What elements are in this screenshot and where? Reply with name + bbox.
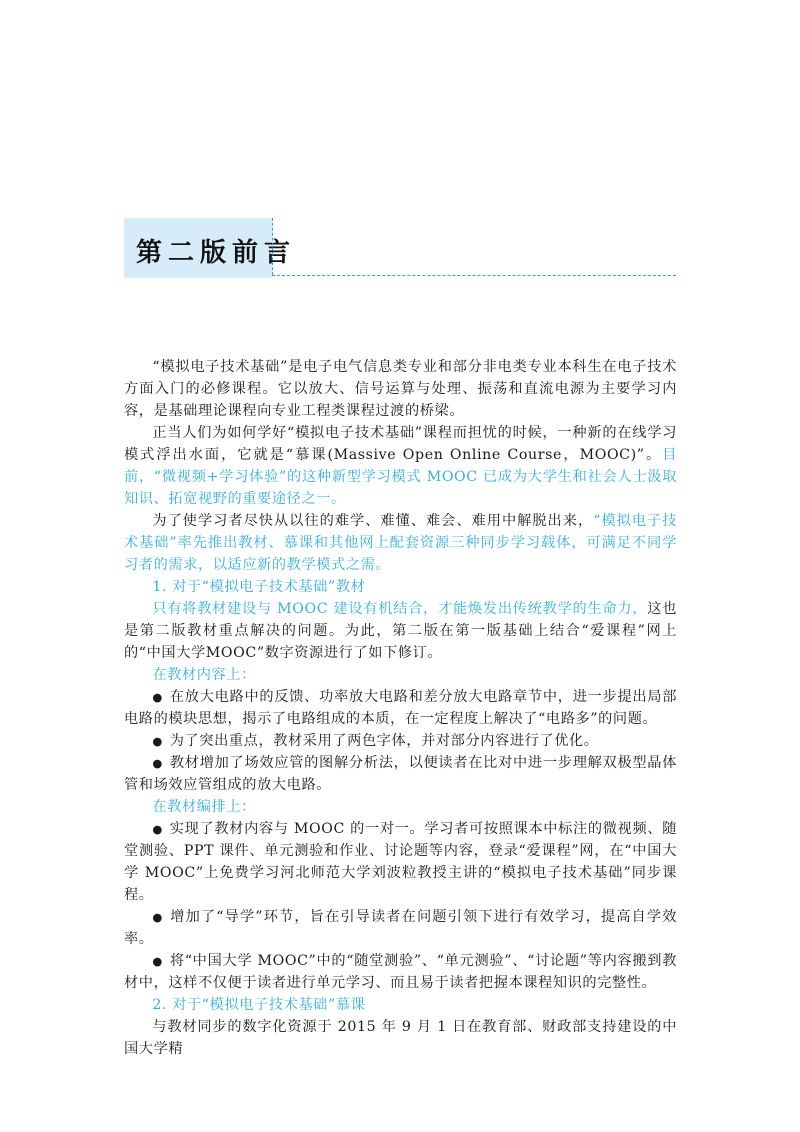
title-box: 第二版前言 [124, 218, 272, 278]
title-dashed-divider-horizontal [272, 275, 676, 276]
paragraph-intro: “模拟电子技术基础”是电子电气信息类专业和部分非电类专业本科生在电子技术方面入门… [124, 356, 677, 422]
title-dashed-divider-vertical [272, 218, 273, 275]
bullet-item: 将“中国大学 MOOC”中的“随堂测验”、“单元测验”、“讨论题”等内容搬到教材… [124, 950, 677, 994]
section-heading-textbook: 1. 对于“模拟电子技术基础”教材 [124, 576, 677, 598]
paragraph-textbook-highlight: 只有将教材建设与 MOOC 建设有机结合，才能焕发出传统教学的生命力， [152, 601, 647, 617]
section-heading-mooc: 2. 对于“模拟电子技术基础”慕课 [124, 994, 677, 1016]
bullet-item: 增加了“导学”环节，旨在引导读者在问题引领下进行有效学习，提高自学效率。 [124, 906, 677, 950]
bullet-item: 教材增加了场效应管的图解分析法，以便读者在比对中进一步理解双极型晶体管和场效应管… [124, 752, 677, 796]
bullet-item: 实现了教材内容与 MOOC 的一对一。学习者可按照课本中标注的微视频、随堂测验、… [124, 818, 677, 906]
preface-body: “模拟电子技术基础”是电子电气信息类专业和部分非电类专业本科生在电子技术方面入门… [124, 356, 677, 1060]
paragraph-textbook: 只有将教材建设与 MOOC 建设有机结合，才能焕发出传统教学的生命力，这也是第二… [124, 598, 677, 664]
paragraph-goal: 为了使学习者尽快从以往的难学、难懂、难会、难用中解脱出来，“模拟电子技术基础”率… [124, 510, 677, 576]
paragraph-resources: 与教材同步的数字化资源于 2015 年 9 月 1 日在教育部、财政部支持建设的… [124, 1016, 677, 1060]
bullet-item: 为了突出重点，教材采用了两色字体，并对部分内容进行了优化。 [124, 730, 677, 752]
bullet-item: 在放大电路中的反馈、功率放大电路和差分放大电路章节中，进一步提出局部电路的模块思… [124, 686, 677, 730]
paragraph-mooc: 正当人们为如何学好“模拟电子技术基础”课程而担忧的时候，一种新的在线学习模式浮出… [124, 422, 677, 510]
subheading-content: 在教材内容上： [124, 664, 677, 686]
subheading-layout: 在教材编排上： [124, 796, 677, 818]
paragraph-mooc-text: 正当人们为如何学好“模拟电子技术基础”课程而担忧的时候，一种新的在线学习模式浮出… [124, 425, 677, 463]
paragraph-goal-text: 为了使学习者尽快从以往的难学、难懂、难会、难用中解脱出来， [152, 513, 593, 529]
